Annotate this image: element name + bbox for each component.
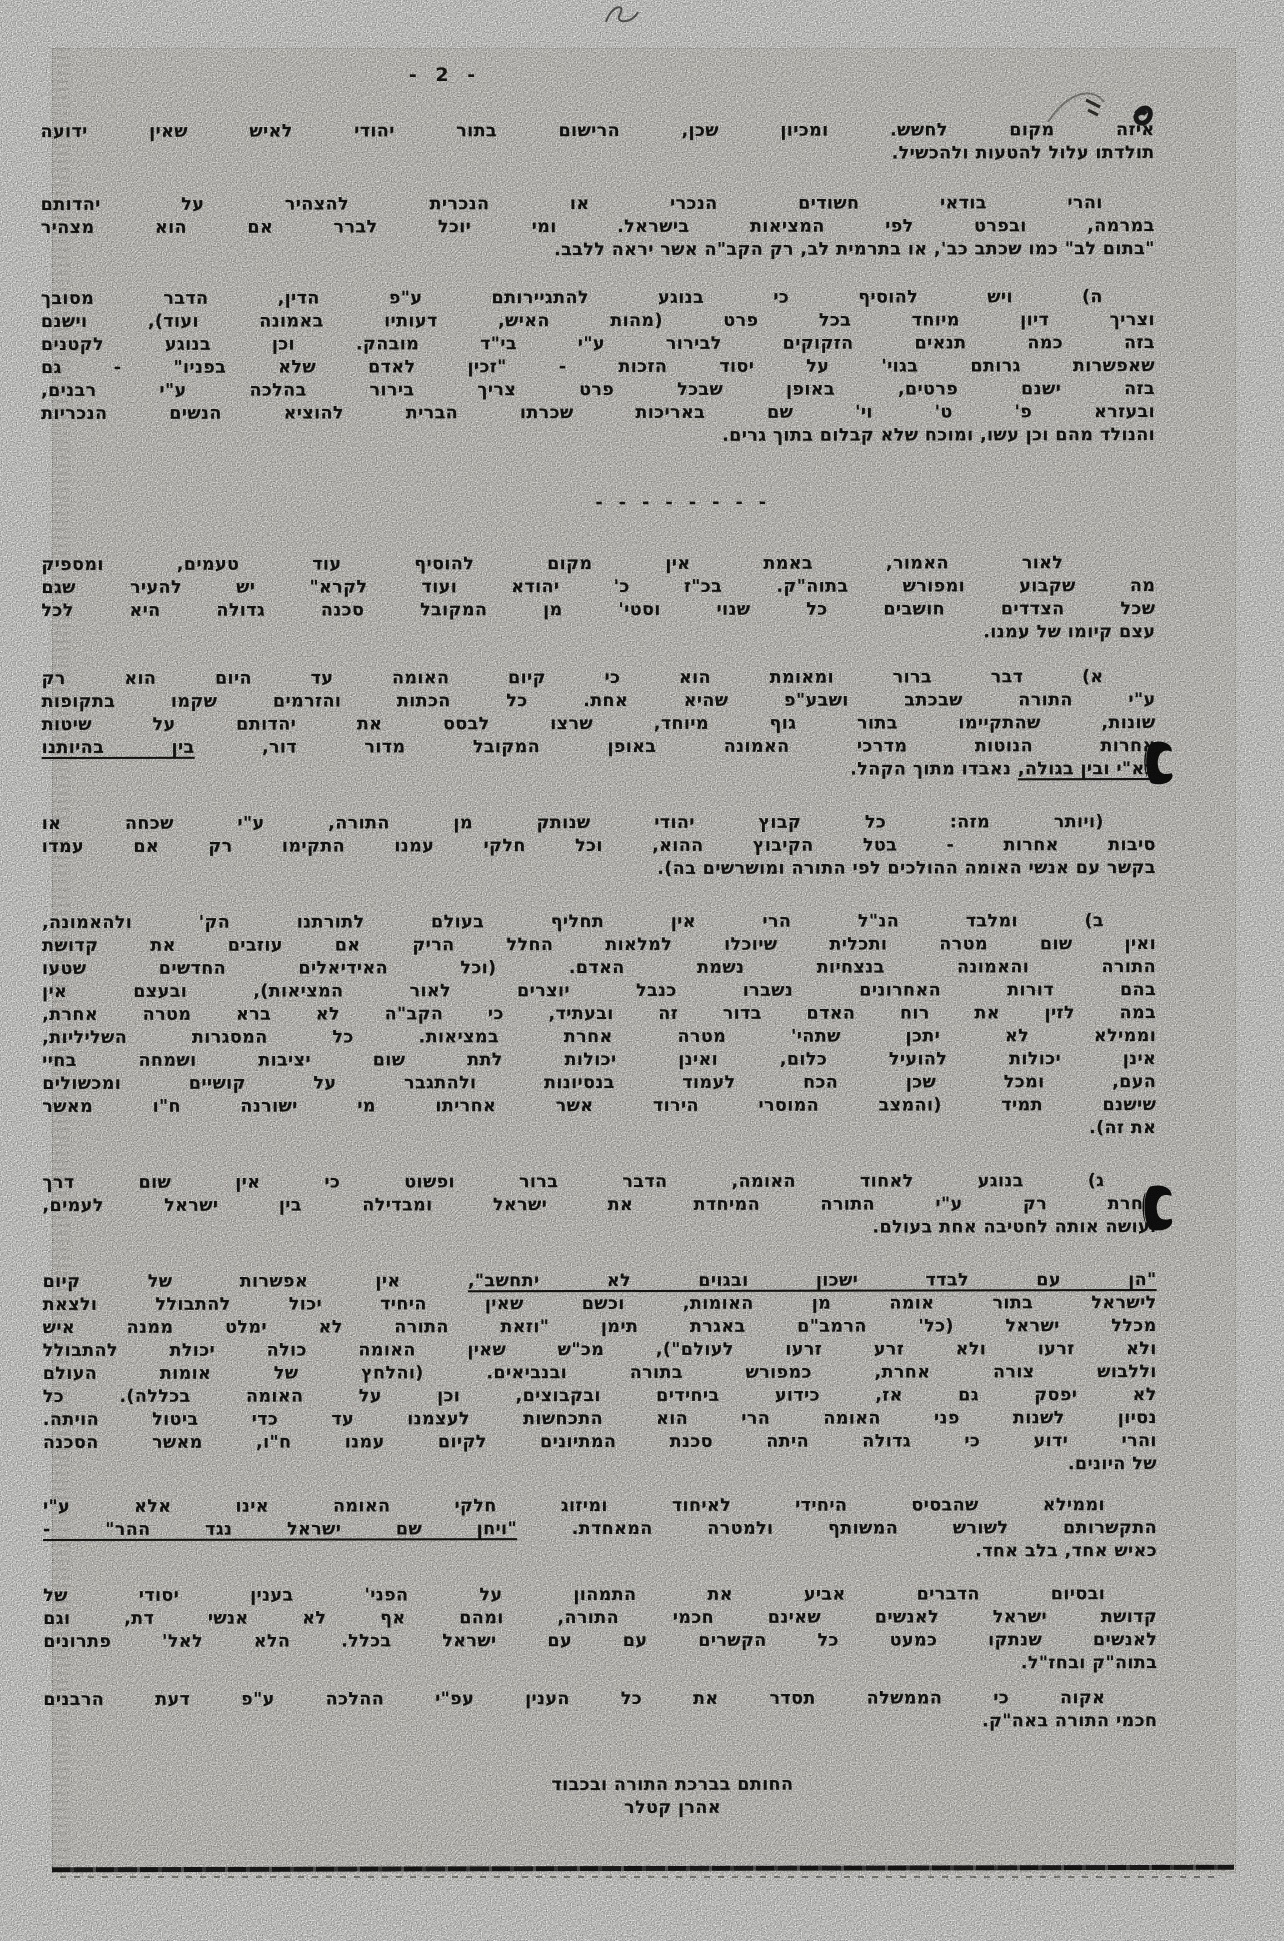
text-segment: שאפשרות גרותם בגוי' על יסוד הזכות - "זכי… bbox=[41, 356, 1155, 378]
text-segment: וצריך דיון מיוחד בכל פרט (מהות האיש, דעו… bbox=[41, 310, 1155, 332]
text-line: "הן עם לבדד ישכון ובגוים לא יתחשב", אין … bbox=[43, 1269, 1157, 1294]
text-segment: במרמה, ובפרט לפי המציאות בישראל. ומי יוכ… bbox=[41, 216, 1155, 238]
text-segment: בהם דורות האחרונים נשברו כנבל יוצרים לאו… bbox=[42, 980, 1156, 1002]
text-segment: בזה ישנם פרטים, באופן שבכל פרט צריך בירו… bbox=[41, 379, 1155, 401]
text-segment: קדושת ישראל לאנשים שאינם חכמי התורה, ומה… bbox=[43, 1607, 1157, 1629]
text-segment: בתוה"ק ובחז"ל. bbox=[1021, 1653, 1157, 1673]
section-alef: א) דבר ברור ומאומת הוא כי קיום האומה עד … bbox=[41, 666, 1155, 783]
text-line: לאור האמור, באמת אין מקום להוסיף עוד טעמ… bbox=[41, 552, 1155, 577]
text-segment: חכמי התורה באה"ק. bbox=[982, 1711, 1157, 1731]
text-segment: אחרות הנוטות מדרכי האמונה באופן המקובל מ… bbox=[195, 736, 1156, 758]
document-body: איזה מקום לחשש. ומכיון שכן, הרישום בתור … bbox=[41, 105, 1158, 1821]
text-line: ועושה אותה לחטיבה אחת בעולם. bbox=[42, 1216, 1156, 1241]
text-segment: והרי בודאי חשודים הנכרי או הנכרית להצהיר… bbox=[41, 193, 1103, 215]
text-line: ב) ומלבד הנ"ל הרי אין תחליף בעולם לתורתנ… bbox=[42, 910, 1156, 935]
text-segment: במה לזין את רוח האדם בדור זה ובעתיד, כי … bbox=[42, 1003, 1156, 1025]
text-segment: של היונים. bbox=[1068, 1454, 1157, 1474]
text-line: את זה). bbox=[42, 1117, 1156, 1142]
scanned-letter-page: { "page": { "number_label": "- 2 -" }, "… bbox=[0, 0, 1284, 1941]
text-segment: לאנשים שנתקו כמעט כל הקשרים עם עם ישראל … bbox=[43, 1630, 1157, 1652]
text-line: סיבות אחרות - בטל הקיבוץ ההוא, וכל חלקי … bbox=[42, 834, 1156, 859]
page-number: - 2 - bbox=[400, 64, 490, 86]
text-line: אקוה כי הממשלה תסדר את כל הענין עפ"י ההל… bbox=[43, 1687, 1157, 1712]
text-segment: "בתום לב" כמו שכתב כב', או בתרמית לב, רק… bbox=[554, 239, 1155, 260]
unity-paragraph: וממילא שהבסיס היחידי לאיחוד ומיזוג חלקי … bbox=[43, 1494, 1157, 1565]
text-line: אחרת רק ע"י התורה המיחדת את ישראל ומבדיל… bbox=[42, 1193, 1156, 1218]
ink-blot-icon bbox=[1138, 1184, 1178, 1232]
section-he: ה) ויש להוסיף כי בנוגע להתגיירותם ע"פ הד… bbox=[41, 286, 1155, 449]
text-line: בזה כמה תנאים הזקוקים לבירור ע"י בי"ד מו… bbox=[41, 332, 1155, 357]
text-segment: א) דבר ברור ומאומת הוא כי קיום האומה עד … bbox=[41, 667, 1103, 689]
text-segment: וללבוש צורה אחרת, כמפורש בתורה ובנביאים.… bbox=[43, 1362, 1157, 1384]
text-line: מכלל ישראל (כל' הרמב"ם באגרת תימן "וזאת … bbox=[43, 1315, 1157, 1340]
text-line: בהם דורות האחרונים נשברו כנבל יוצרים לאו… bbox=[42, 979, 1156, 1004]
text-line: עצם קיומו של עמנו. bbox=[41, 621, 1155, 646]
text-segment: שישנם תמיד (והמצב המוסרי הירוד אשר אחרית… bbox=[42, 1095, 1156, 1117]
text-line: ולא זרעו ולא זרע זרעו לעולם"), מכ"ש שאין… bbox=[43, 1338, 1157, 1363]
underlined-text: "ויחן שם ישראל נגד ההר" - bbox=[43, 1519, 517, 1540]
text-line: לא יפסק גם אז, כידוע ביחידים ובקבוצים, ו… bbox=[43, 1384, 1157, 1409]
text-line: קדושת ישראל לאנשים שאינם חכמי התורה, ומה… bbox=[43, 1606, 1157, 1631]
text-line: והרי ידוע כי גדולה היתה סכנת המתיונים לק… bbox=[43, 1430, 1157, 1455]
text-line: והרי בודאי חשודים הנכרי או הנכרית להצהיר… bbox=[41, 192, 1155, 217]
text-line: במה לזין את רוח האדם בדור זה ובעתיד, כי … bbox=[42, 1002, 1156, 1027]
text-segment: לאור האמור, באמת אין מקום להוסיף עוד טעמ… bbox=[41, 553, 1063, 575]
quote-paragraph: "הן עם לבדד ישכון ובגוים לא יתחשב", אין … bbox=[43, 1269, 1157, 1478]
underlined-text: בין בהיותנו bbox=[42, 738, 195, 758]
text-line: והנולד מהם וכן עשו, ומוכח שלא קבלום בתוך… bbox=[41, 424, 1155, 449]
section-bet: ב) ומלבד הנ"ל הרי אין תחליף בעולם לתורתנ… bbox=[42, 910, 1156, 1142]
text-segment: סיבות אחרות - בטל הקיבוץ ההוא, וכל חלקי … bbox=[42, 835, 1156, 857]
text-segment: שכל הצדדים חושבים כל שנוי וסטי' מן המקוב… bbox=[41, 599, 1155, 621]
text-segment: בזה כמה תנאים הזקוקים לבירור ע"י בי"ד מו… bbox=[41, 333, 1155, 355]
text-segment: ובעזרא פ' ט' וי' שם באריכות שכרתו הברית … bbox=[41, 402, 1155, 424]
continued-paragraph: איזה מקום לחשש. ומכיון שכן, הרישום בתור … bbox=[41, 119, 1155, 167]
scan-bottom-edge-faint bbox=[60, 1876, 1220, 1878]
text-line: בתוה"ק ובחז"ל. bbox=[43, 1652, 1157, 1677]
section-separator: - - - - - - - - bbox=[126, 491, 1240, 516]
text-line: ובסיום הדברים אביע את התמהון על הפני' בע… bbox=[43, 1583, 1157, 1608]
text-line: "בתום לב" כמו שכתב כב', או בתרמית לב, רק… bbox=[41, 238, 1155, 263]
text-line: וללבוש צורה אחרת, כמפורש בתורה ובנביאים.… bbox=[43, 1361, 1157, 1386]
text-line: בקשר עם אנשי האומה ההולכים לפי התורה ומו… bbox=[42, 857, 1156, 882]
text-line: תולדתו עלול להטעות ולהכשיל. bbox=[41, 142, 1155, 167]
text-line: ואין שום מטרה ותכלית שיוכלו למלאות החלל … bbox=[42, 933, 1156, 958]
text-segment: ב) ומלבד הנ"ל הרי אין תחליף בעולם לתורתנ… bbox=[42, 911, 1104, 933]
text-line: וממילא שהבסיס היחידי לאיחוד ומיזוג חלקי … bbox=[43, 1494, 1157, 1519]
paragraph-declarants: והרי בודאי חשודים הנכרי או הנכרית להצהיר… bbox=[41, 192, 1155, 263]
text-segment: אינן יכולות להועיל כלום, ואינן יכולות לת… bbox=[42, 1049, 1156, 1071]
text-line: (ויותר מזה: כל קבוץ יהודי שנותק מן התורה… bbox=[42, 811, 1156, 836]
signature-block: החותם בברכת התורה ובכבודאהרן קטלר bbox=[43, 1773, 1157, 1821]
text-line: וממילא לא יתכן שתהי' מטרה אחרת במציאות. … bbox=[42, 1025, 1156, 1050]
text-line: שישנם תמיד (והמצב המוסרי הירוד אשר אחרית… bbox=[42, 1094, 1156, 1119]
text-line: של היונים. bbox=[43, 1453, 1157, 1478]
text-segment: ה) ויש להוסיף כי בנוגע להתגיירותם ע"פ הד… bbox=[41, 287, 1103, 309]
text-line: נסיון לשנות פני האומה הרי הוא התכחשות לע… bbox=[43, 1407, 1157, 1432]
text-line: העם, ומכל שכן הכח לעמוד בנסיונות ולהתגבר… bbox=[42, 1071, 1156, 1096]
text-segment: ואין שום מטרה ותכלית שיוכלו למלאות החלל … bbox=[42, 934, 1156, 956]
text-segment: אין אפשרות של קיום bbox=[43, 1271, 468, 1292]
underlined-text: בא"י ובין בגולה, bbox=[1018, 759, 1156, 779]
underlined-text: "הן עם לבדד ישכון ובגוים לא יתחשב", bbox=[468, 1270, 1157, 1291]
text-line: שכל הצדדים חושבים כל שנוי וסטי' מן המקוב… bbox=[41, 598, 1155, 623]
text-line: מה שקבוע ומפורש בתוה"ק. בכ"ז כ' יהודא וע… bbox=[41, 575, 1155, 600]
text-segment: ולא זרעו ולא זרע זרעו לעולם"), מכ"ש שאין… bbox=[43, 1339, 1157, 1361]
text-line: ובעזרא פ' ט' וי' שם באריכות שכרתו הברית … bbox=[41, 401, 1155, 426]
ink-blot-icon bbox=[1140, 740, 1178, 786]
closing-remarks: ובסיום הדברים אביע את התמהון על הפני' בע… bbox=[43, 1583, 1157, 1677]
text-segment: איזה מקום לחשש. ומכיון שכן, הרישום בתור … bbox=[41, 120, 1155, 142]
text-segment: כאיש אחד, בלב אחד. bbox=[975, 1541, 1157, 1561]
text-line: אינן יכולות להועיל כלום, ואינן יכולות לת… bbox=[42, 1048, 1156, 1073]
text-line: וצריך דיון מיוחד בכל פרט (מהות האיש, דעו… bbox=[41, 309, 1155, 334]
text-line: אהרן קטלר bbox=[115, 1796, 1229, 1821]
text-segment: ובסיום הדברים אביע את התמהון על הפני' בע… bbox=[43, 1584, 1105, 1606]
text-segment: אקוה כי הממשלה תסדר את כל הענין עפ"י ההל… bbox=[43, 1688, 1105, 1710]
text-segment: וממילא שהבסיס היחידי לאיחוד ומיזוג חלקי … bbox=[43, 1495, 1105, 1517]
text-segment: התורה והאמונה בנצחיות נשמת האדם. (וכל הא… bbox=[42, 957, 1156, 979]
hope-paragraph: אקוה כי הממשלה תסדר את כל הענין עפ"י ההל… bbox=[43, 1687, 1157, 1735]
text-segment: בקשר עם אנשי האומה ההולכים לפי התורה ומו… bbox=[657, 858, 1156, 879]
parenthetical-note: (ויותר מזה: כל קבוץ יהודי שנותק מן התורה… bbox=[42, 811, 1156, 882]
text-line: אחרות הנוטות מדרכי האמונה באופן המקובל מ… bbox=[42, 735, 1156, 760]
text-segment: החותם בברכת התורה ובכבוד bbox=[551, 1775, 793, 1795]
paragraph-summary: לאור האמור, באמת אין מקום להוסיף עוד טעמ… bbox=[41, 552, 1155, 646]
text-line: התורה והאמונה בנצחיות נשמת האדם. (וכל הא… bbox=[42, 956, 1156, 981]
text-line: התקשרותם לשורש המשותף ולמטרה המאחדת. "וי… bbox=[43, 1517, 1157, 1542]
text-segment: נאבדו מתוך הקהל. bbox=[850, 759, 1018, 779]
text-segment: והרי ידוע כי גדולה היתה סכנת המתיונים לק… bbox=[43, 1431, 1157, 1453]
text-segment: התקשרותם לשורש המשותף ולמטרה המאחדת. bbox=[517, 1518, 1157, 1539]
text-segment: אחרת רק ע"י התורה המיחדת את ישראל ומבדיל… bbox=[42, 1194, 1156, 1216]
top-edge-mark bbox=[600, 2, 644, 26]
text-segment: מכלל ישראל (כל' הרמב"ם באגרת תימן "וזאת … bbox=[43, 1316, 1157, 1338]
text-segment: ועושה אותה לחטיבה אחת בעולם. bbox=[872, 1217, 1156, 1237]
section-gimel: ג) בנוגע לאחוד האומה, הדבר ברור ופשוט כי… bbox=[42, 1170, 1156, 1241]
text-line: החותם בברכת התורה ובכבוד bbox=[115, 1773, 1229, 1798]
text-line: בא"י ובין בגולה, נאבדו מתוך הקהל. bbox=[42, 758, 1156, 783]
text-segment: והנולד מהם וכן עשו, ומוכח שלא קבלום בתוך… bbox=[722, 425, 1155, 446]
text-line: בזה ישנם פרטים, באופן שבכל פרט צריך בירו… bbox=[41, 378, 1155, 403]
text-line: ג) בנוגע לאחוד האומה, הדבר ברור ופשוט כי… bbox=[42, 1170, 1156, 1195]
text-line: ע"י התורה שבכתב ושבע"פ שהיא אחת. כל הכתו… bbox=[42, 689, 1156, 714]
text-segment: עצם קיומו של עמנו. bbox=[983, 622, 1155, 642]
text-segment: ג) בנוגע לאחוד האומה, הדבר ברור ופשוט כי… bbox=[42, 1171, 1104, 1193]
text-line: שונות, שהתקיימו בתור גוף מיוחד, שרצו לבס… bbox=[42, 712, 1156, 737]
text-line: ה) ויש להוסיף כי בנוגע להתגיירותם ע"פ הד… bbox=[41, 286, 1155, 311]
text-segment: לא יפסק גם אז, כידוע ביחידים ובקבוצים, ו… bbox=[43, 1385, 1157, 1407]
text-line: לאנשים שנתקו כמעט כל הקשרים עם עם ישראל … bbox=[43, 1629, 1157, 1654]
text-segment: מה שקבוע ומפורש בתוה"ק. בכ"ז כ' יהודא וע… bbox=[41, 576, 1155, 598]
text-segment: לישראל בתור אומה מן האומות, וכשם שאין הי… bbox=[43, 1293, 1157, 1315]
text-segment: וממילא לא יתכן שתהי' מטרה אחרת במציאות. … bbox=[42, 1026, 1156, 1048]
text-segment: שונות, שהתקיימו בתור גוף מיוחד, שרצו לבס… bbox=[42, 713, 1156, 735]
text-segment: העם, ומכל שכן הכח לעמוד בנסיונות ולהתגבר… bbox=[42, 1072, 1156, 1094]
text-segment: ע"י התורה שבכתב ושבע"פ שהיא אחת. כל הכתו… bbox=[42, 690, 1156, 712]
text-segment: נסיון לשנות פני האומה הרי הוא התכחשות לע… bbox=[43, 1408, 1157, 1430]
text-line: א) דבר ברור ומאומת הוא כי קיום האומה עד … bbox=[41, 666, 1155, 691]
text-line: שאפשרות גרותם בגוי' על יסוד הזכות - "זכי… bbox=[41, 355, 1155, 380]
text-line: חכמי התורה באה"ק. bbox=[43, 1710, 1157, 1735]
text-line: איזה מקום לחשש. ומכיון שכן, הרישום בתור … bbox=[41, 119, 1155, 144]
text-segment: את זה). bbox=[1089, 1118, 1156, 1138]
text-line: במרמה, ובפרט לפי המציאות בישראל. ומי יוכ… bbox=[41, 215, 1155, 240]
text-line: לישראל בתור אומה מן האומות, וכשם שאין הי… bbox=[43, 1292, 1157, 1317]
pen-scribble bbox=[1040, 70, 1200, 150]
text-segment: (ויותר מזה: כל קבוץ יהודי שנותק מן התורה… bbox=[42, 812, 1104, 834]
text-line: כאיש אחד, בלב אחד. bbox=[43, 1540, 1157, 1565]
text-segment: אהרן קטלר bbox=[624, 1798, 721, 1818]
